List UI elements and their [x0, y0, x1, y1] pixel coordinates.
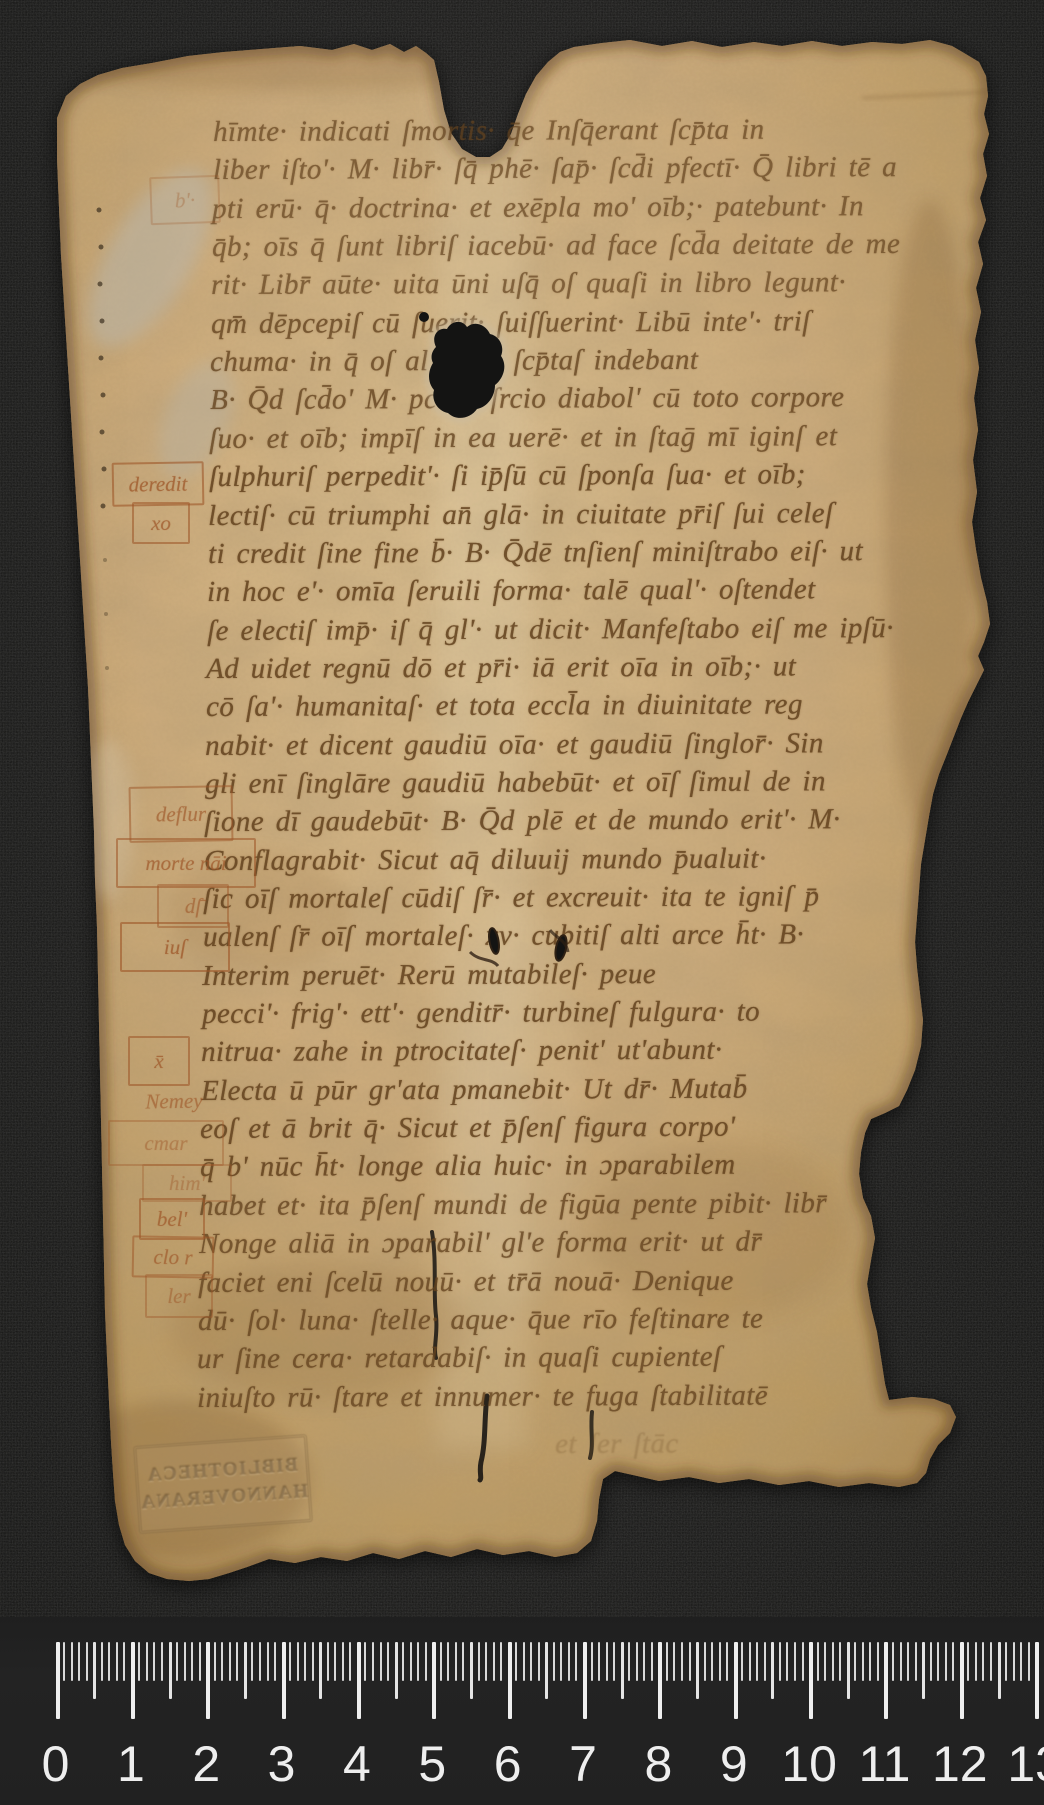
ruler-tick	[560, 1642, 562, 1681]
ruler-tick	[1020, 1642, 1022, 1681]
ruler-tick	[304, 1642, 306, 1681]
ruler-tick	[146, 1642, 148, 1681]
ruler-tick	[1005, 1642, 1007, 1681]
ruler-tick	[1028, 1642, 1030, 1681]
ruler-tick	[794, 1642, 796, 1681]
ruler-tick	[184, 1642, 186, 1681]
ruler-tick	[274, 1642, 276, 1681]
ruler-tick	[319, 1642, 322, 1699]
ruler-tick	[1013, 1642, 1015, 1681]
ruler: 012345678910111213	[0, 1617, 1044, 1805]
ruler-tick	[786, 1642, 788, 1681]
ruler-tick	[530, 1642, 532, 1681]
ruler-tick	[78, 1642, 80, 1681]
ruler-tick	[236, 1642, 238, 1681]
ruler-tick	[749, 1642, 751, 1681]
ruler-tick	[952, 1642, 954, 1681]
margin-annotation: deflur	[129, 785, 234, 843]
ruler-tick	[673, 1642, 675, 1681]
ruler-tick	[402, 1642, 404, 1681]
margin-annotation: deredit	[112, 461, 205, 507]
ruler-tick	[470, 1642, 473, 1699]
ruler-tick	[312, 1642, 314, 1681]
ruler-tick	[643, 1642, 645, 1681]
ruler-tick	[689, 1642, 691, 1681]
margin-annotation: cmar	[108, 1120, 224, 1166]
ruler-tick	[357, 1642, 361, 1719]
ruler-tick	[206, 1642, 210, 1719]
ruler-tick	[93, 1642, 96, 1699]
ruler-tick	[628, 1642, 630, 1681]
ruler-tick	[726, 1642, 728, 1681]
ruler-tick	[395, 1642, 398, 1699]
ruler-tick	[553, 1642, 555, 1681]
ruler-tick	[153, 1642, 155, 1681]
manuscript-photo: et ſer ſtāc hīmte· indicati ſmortis· q̄e…	[0, 0, 1044, 1805]
ruler-tick	[998, 1642, 1001, 1699]
ruler-tick	[440, 1642, 442, 1681]
ruler-tick	[869, 1642, 871, 1681]
margin-annotation: ler	[145, 1274, 213, 1318]
ruler-tick	[636, 1642, 638, 1681]
margin-annotation: x̄	[128, 1036, 190, 1086]
ruler-number: 9	[720, 1735, 748, 1793]
margin-annotation: iuſ	[120, 922, 230, 972]
ruler-tick	[478, 1642, 480, 1681]
ruler-tick	[56, 1642, 60, 1719]
ruler-number: 10	[781, 1735, 837, 1793]
ruler-tick	[756, 1642, 758, 1681]
ruler-tick	[915, 1642, 917, 1681]
ruler-tick	[161, 1642, 163, 1681]
ruler-tick	[666, 1642, 668, 1681]
margin-annotation: xo	[132, 502, 190, 544]
ruler-tick	[251, 1642, 253, 1681]
ruler-tick	[244, 1642, 247, 1699]
ruler-tick	[259, 1642, 261, 1681]
ruler-tick	[960, 1642, 964, 1719]
ruler-tick	[847, 1642, 850, 1699]
ruler-number: 3	[268, 1735, 296, 1793]
ruler-number: 12	[932, 1735, 988, 1793]
ruler-tick	[877, 1642, 879, 1681]
ruler-tick	[583, 1642, 587, 1719]
ruler-tick	[508, 1642, 512, 1719]
ruler-number: 13	[1007, 1735, 1044, 1793]
ruler-tick	[764, 1642, 766, 1681]
library-stamp: BIBLIOTHECA HANNOVERANA	[133, 1434, 313, 1534]
ruler-tick	[591, 1642, 593, 1681]
margin-annotations: b'·dereditxodeflurmorte nāidſ̄iuſx̄Nemey…	[0, 0, 1044, 1805]
ruler-number: 1	[117, 1735, 145, 1793]
ruler-tick	[455, 1642, 457, 1681]
ruler-tick	[364, 1642, 366, 1681]
ruler-tick	[101, 1642, 103, 1681]
ruler-tick	[380, 1642, 382, 1681]
ruler-tick	[975, 1642, 977, 1681]
ruler-tick	[651, 1642, 653, 1681]
ruler-number: 7	[569, 1735, 597, 1793]
ruler-tick	[681, 1642, 683, 1681]
ruler-tick	[1035, 1642, 1039, 1719]
ruler-tick	[138, 1642, 140, 1681]
ruler-tick	[621, 1642, 624, 1699]
ruler-tick	[131, 1642, 135, 1719]
ruler-tick	[447, 1642, 449, 1681]
ruler-tick	[297, 1642, 299, 1681]
ruler-tick	[515, 1642, 517, 1681]
ruler-tick	[523, 1642, 525, 1681]
ruler-tick	[802, 1642, 804, 1681]
ruler-number: 0	[42, 1735, 70, 1793]
ruler-tick	[108, 1642, 110, 1681]
ruler-tick	[854, 1642, 856, 1681]
ruler-tick	[410, 1642, 412, 1681]
ruler-tick	[267, 1642, 269, 1681]
ruler-tick	[704, 1642, 706, 1681]
ruler-tick	[327, 1642, 329, 1681]
ruler-number: 6	[494, 1735, 522, 1793]
ruler-tick	[613, 1642, 615, 1681]
ruler-tick	[598, 1642, 600, 1681]
ruler-tick	[719, 1642, 721, 1681]
ruler-tick	[809, 1642, 813, 1719]
ruler-tick	[86, 1642, 88, 1681]
ruler-tick	[967, 1642, 969, 1681]
ruler-tick	[116, 1642, 118, 1681]
ruler-tick	[545, 1642, 548, 1699]
ruler-tick	[696, 1642, 699, 1699]
ruler-tick	[432, 1642, 436, 1719]
ruler-tick	[462, 1642, 464, 1681]
margin-annotation: morte nāi	[116, 838, 256, 888]
ruler-tick	[71, 1642, 73, 1681]
ruler-tick	[282, 1642, 286, 1719]
ruler-tick	[485, 1642, 487, 1681]
ruler-tick	[199, 1642, 201, 1681]
ruler-tick	[500, 1642, 502, 1681]
ruler-tick	[817, 1642, 819, 1681]
ruler-number: 2	[192, 1735, 220, 1793]
ruler-tick	[982, 1642, 984, 1681]
ruler-tick	[862, 1642, 864, 1681]
ruler-number: 4	[343, 1735, 371, 1793]
ruler-tick	[771, 1642, 774, 1699]
ruler-tick	[892, 1642, 894, 1681]
ruler-tick	[221, 1642, 223, 1681]
ruler-tick	[606, 1642, 608, 1681]
ruler-tick	[214, 1642, 216, 1681]
ruler-number: 5	[418, 1735, 446, 1793]
ruler-tick	[349, 1642, 351, 1681]
margin-annotation: Nemey	[130, 1085, 219, 1117]
ruler-tick	[884, 1642, 888, 1719]
ruler-tick	[191, 1642, 193, 1681]
ruler-tick	[63, 1642, 65, 1681]
ruler-tick	[425, 1642, 427, 1681]
ruler-tick	[229, 1642, 231, 1681]
ruler-tick	[387, 1642, 389, 1681]
ruler-tick	[930, 1642, 932, 1681]
ruler-tick	[945, 1642, 947, 1681]
ruler-number: 11	[859, 1735, 911, 1793]
ruler-tick	[169, 1642, 172, 1699]
ruler-tick	[922, 1642, 925, 1699]
margin-annotation: him'	[142, 1164, 232, 1202]
ruler-tick	[779, 1642, 781, 1681]
margin-annotation: bel'	[139, 1198, 205, 1240]
ruler-tick	[832, 1642, 834, 1681]
ruler-tick	[990, 1642, 992, 1681]
ruler-tick	[937, 1642, 939, 1681]
ruler-tick	[493, 1642, 495, 1681]
ruler-tick	[907, 1642, 909, 1681]
ruler-tick	[900, 1642, 902, 1681]
margin-annotation: clo r	[132, 1235, 215, 1278]
ruler-tick	[568, 1642, 570, 1681]
ruler-tick	[538, 1642, 540, 1681]
ruler-tick	[711, 1642, 713, 1681]
ruler-tick	[741, 1642, 743, 1681]
ruler-tick	[289, 1642, 291, 1681]
ruler-tick	[417, 1642, 419, 1681]
ruler-number: 8	[644, 1735, 672, 1793]
ruler-tick	[575, 1642, 577, 1681]
ruler-tick	[334, 1642, 336, 1681]
ruler-tick	[176, 1642, 178, 1681]
ruler-tick	[734, 1642, 738, 1719]
ruler-tick	[123, 1642, 125, 1681]
ruler-tick	[342, 1642, 344, 1681]
ruler-tick	[839, 1642, 841, 1681]
ruler-tick	[658, 1642, 662, 1719]
ruler-tick	[372, 1642, 374, 1681]
ruler-tick	[824, 1642, 826, 1681]
margin-annotation: b'·	[149, 175, 221, 225]
